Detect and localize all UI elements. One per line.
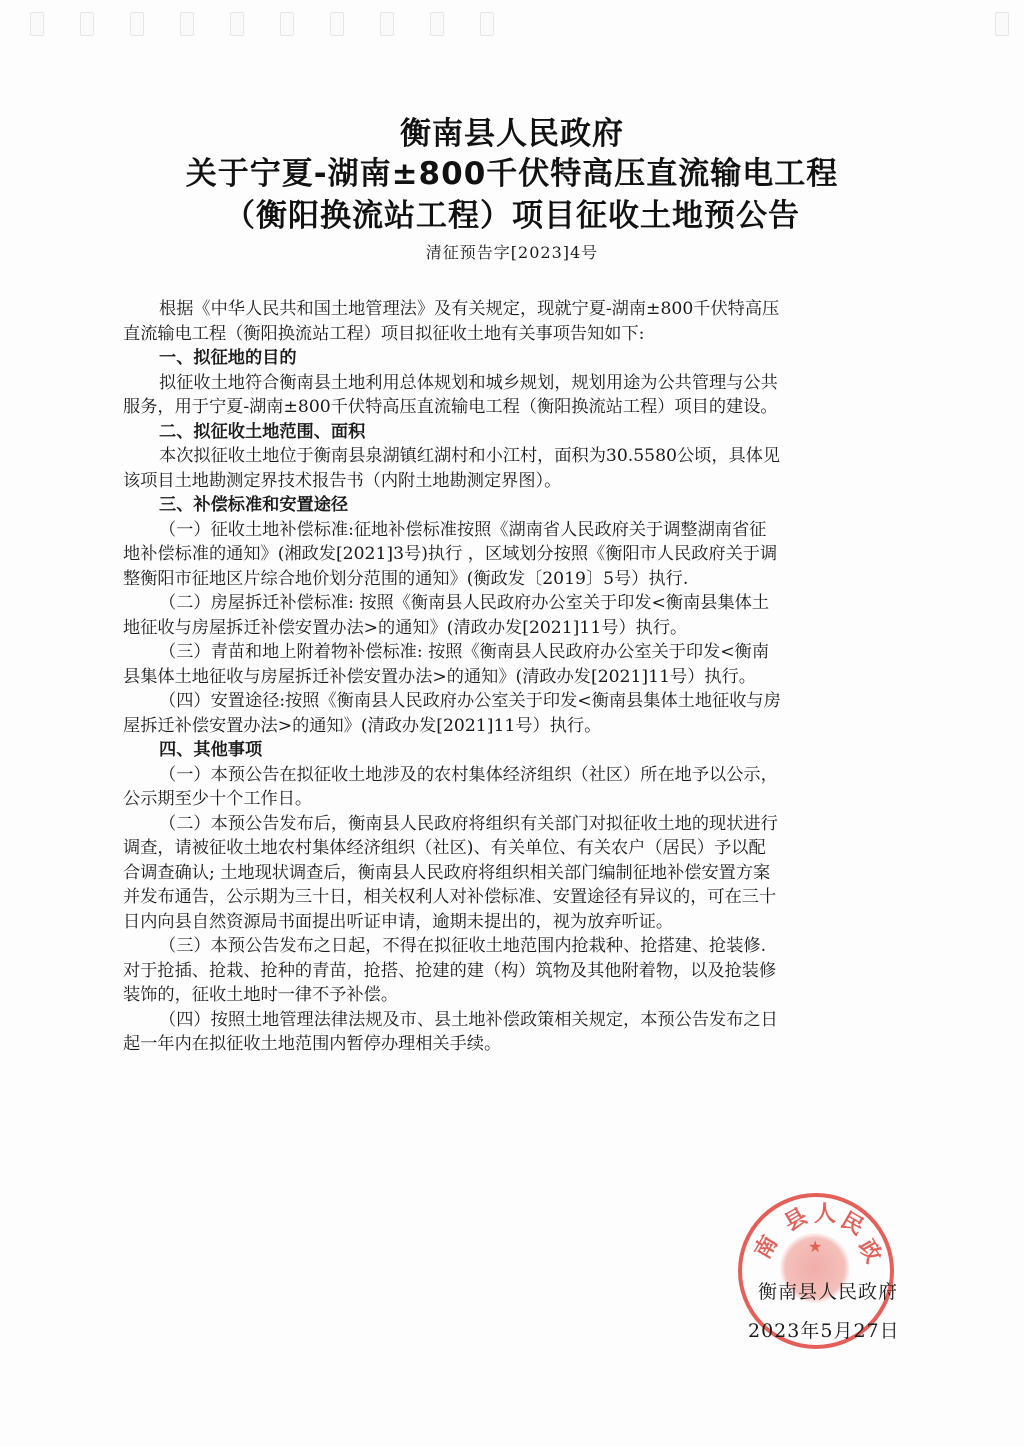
- paragraph-line: 该项目土地勘测定界技术报告书（内附土地勘测定界图）。: [123, 469, 935, 494]
- paragraph-line: 装饰的，征收土地时一律不予补偿。: [123, 983, 935, 1008]
- seal-char: 人: [814, 1197, 836, 1228]
- paragraph-line: （三）青苗和地上附着物补偿标准: 按照《衡南县人民政府办公室关于印发<衡南: [123, 640, 935, 665]
- punch-hole: [230, 12, 244, 36]
- document-number: 清征预告字[2023]4号: [0, 240, 1024, 263]
- paragraph-line: （三）本预公告发布之日起，不得在拟征收土地范围内抢栽种、抢搭建、抢装修.: [123, 934, 935, 959]
- paragraph-line: 调查，请被征收土地农村集体经济组织（社区)、有关单位、有关农户（居民）予以配: [123, 836, 935, 861]
- star-icon: ★: [808, 1237, 822, 1256]
- paragraph-line: 合调查确认; 土地现状调查后，衡南县人民政府将组织相关部门编制征地补偿安置方案: [123, 861, 935, 886]
- paragraph-line: 地补偿标准的通知》(湘政发[2021]3号)执行 ，区域划分按照《衡阳市人民政府…: [123, 542, 935, 567]
- paragraph-line: 对于抢插、抢栽、抢种的青苗，抢搭、抢建的建（构）筑物及其他附着物，以及抢装修: [123, 959, 935, 984]
- punch-hole: [30, 12, 44, 36]
- issuer-signature: 衡南县人民政府: [758, 1277, 898, 1304]
- issue-date: 2023年5月27日: [748, 1316, 900, 1343]
- title-subject-line1: 关于宁夏-湖南±800千伏特高压直流输电工程: [0, 148, 1024, 193]
- paragraph-line: （四）按照土地管理法律法规及市、县土地补偿政策相关规定，本预公告发布之日: [123, 1008, 935, 1033]
- paragraph-line: 整衡阳市征地区片综合地价划分范围的通知》(衡政发〔2019〕5号）执行.: [123, 567, 935, 592]
- paragraph-line: 根据《中华人民共和国土地管理法》及有关规定，现就宁夏-湖南±800千伏特高压: [123, 297, 935, 322]
- paragraph-line: 本次拟征收土地位于衡南县泉湖镇红湖村和小江村，面积为30.5580公顷，具体见: [123, 444, 935, 469]
- title-issuer: 衡南县人民政府: [0, 108, 1024, 153]
- section-heading: 四、其他事项: [123, 738, 935, 763]
- paragraph-line: （一）征收土地补偿标准:征地补偿标准按照《湖南省人民政府关于调整湖南省征: [123, 518, 935, 543]
- paragraph-line: 直流输电工程（衡阳换流站工程）项目拟征收土地有关事项告知如下:: [123, 322, 935, 347]
- punch-hole: [180, 12, 194, 36]
- paragraph-line: （四）安置途径:按照《衡南县人民政府办公室关于印发<衡南县集体土地征收与房: [123, 689, 935, 714]
- punch-hole: [480, 12, 494, 36]
- scan-punch-holes: [0, 0, 1024, 40]
- paragraph-line: （二）本预公告发布后，衡南县人民政府将组织有关部门对拟征收土地的现状进行: [123, 812, 935, 837]
- punch-hole: [330, 12, 344, 36]
- punch-hole: [430, 12, 444, 36]
- title-subject-line2: （衡阳换流站工程）项目征收土地预公告: [0, 190, 1024, 235]
- punch-hole: [130, 12, 144, 36]
- seal-char: 政: [852, 1233, 890, 1268]
- punch-hole: [380, 12, 394, 36]
- paragraph-line: 屋拆迁补偿安置办法>的通知》(清政办发[2021]11号）执行。: [123, 714, 935, 739]
- paragraph-line: 拟征收土地符合衡南县土地利用总体规划和城乡规划，规划用途为公共管理与公共: [123, 371, 935, 396]
- section-heading: 三、补偿标准和安置途径: [123, 493, 935, 518]
- paragraph-line: 起一年内在拟征收土地范围内暂停办理相关手续。: [123, 1032, 935, 1057]
- paragraph-line: 日内向县自然资源局书面提出听证申请，逾期未提出的，视为放弃听证。: [123, 910, 935, 935]
- section-heading: 二、拟征收土地范围、面积: [123, 420, 935, 445]
- paragraph-line: （一）本预公告在拟征收土地涉及的农村集体经济组织（社区）所在地予以公示，: [123, 763, 935, 788]
- punch-hole: [280, 12, 294, 36]
- notice-body: 根据《中华人民共和国土地管理法》及有关规定，现就宁夏-湖南±800千伏特高压直流…: [123, 297, 935, 1057]
- paragraph-line: （二）房屋拆迁补偿标准: 按照《衡南县人民政府办公室关于印发<衡南县集体土: [123, 591, 935, 616]
- seal-char: 民: [836, 1204, 871, 1242]
- paragraph-line: 地征收与房屋拆迁补偿安置办法>的通知》(清政办发[2021]11号）执行。: [123, 616, 935, 641]
- punch-hole: [995, 12, 1009, 36]
- seal-char: 南: [746, 1229, 784, 1264]
- punch-hole: [80, 12, 94, 36]
- seal-char: 县: [778, 1200, 813, 1238]
- paragraph-line: 公示期至少十个工作日。: [123, 787, 935, 812]
- paragraph-line: 并发布通告，公示期为三十日，相关权利人对补偿标准、安置途径有异议的，可在三十: [123, 885, 935, 910]
- paragraph-line: 县集体土地征收与房屋拆迁补偿安置办法>的通知》(清政办发[2021]11号）执行…: [123, 665, 935, 690]
- paragraph-line: 服务，用于宁夏-湖南±800千伏特高压直流输电工程（衡阳换流站工程）项目的建设。: [123, 395, 935, 420]
- section-heading: 一、拟征地的目的: [123, 346, 935, 371]
